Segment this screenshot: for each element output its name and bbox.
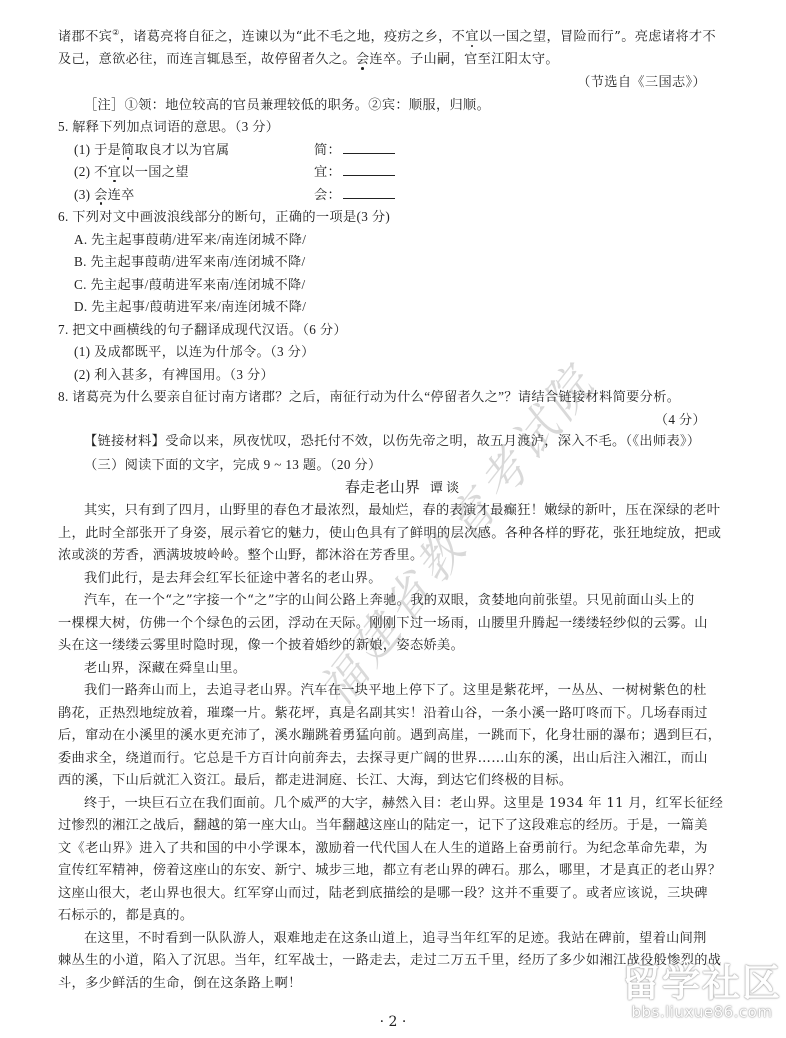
question-5-item-2: (2) 不宜以一国之望 宜： [58, 161, 706, 184]
item-text: 取良才以为官属 [135, 142, 230, 157]
question-6-option-d[interactable]: D. 先主起事/葭萌进军来/南连闭城不降/ [58, 296, 706, 319]
article-line: 我们一路奔山而上，去追寻老山界。汽车在一块平地上停下了。这里是紫花坪，一丛丛、一… [58, 680, 706, 703]
article-line: 石标示的，都是真的。 [58, 905, 706, 928]
article-line: 老山界，深藏在舜皇山里。 [58, 658, 706, 681]
passage-text: 诸郡不宾 [58, 29, 112, 44]
question-7-item-1: (1) 及成都既平，以连为什邡令。（3 分） [58, 341, 706, 364]
article-line: 后，窜动在小溪里的溪水更充沛了，溪水蹦跳着勇猛向前。遇到高崖，一跳而下，化身壮丽… [58, 725, 706, 748]
question-5-item-1: (1) 于是简取良才以为官属 简： [58, 139, 706, 162]
article-line: 浓或淡的芳香，洒满坡坡岭岭。整个山野，都沐浴在芳香里。 [58, 545, 706, 568]
article-line: 上，此时全部张开了身姿，展示着它的魅力，使山色具有了鲜明的层次感。各种各样的野花… [58, 523, 706, 546]
answer-blank[interactable] [343, 139, 395, 154]
passage-line-1: 诸郡不宾②，诸葛亮将自征之，连谏以为“此不毛之地，疫疠之乡，不宜以一国之望，冒险… [58, 22, 706, 49]
emphasis-dot-char: 简 [121, 142, 135, 157]
article-line: 鹃花，正热烈地绽放着，璀璨一片。紫花坪，真是名副其实！沿着山谷，一条小溪一路叮咚… [58, 703, 706, 726]
passage-text: 以一国之望，冒险而行”。亮虑诸将才不 [479, 29, 716, 44]
question-6-title: 6. 下列对文中画波浪线部分的断句，正确的一项是(3 分) [58, 206, 706, 229]
article-line: 西的溪，下山后就汇入资江。最后，都走进洞庭、长江、大海，到达它们终极的目标。 [58, 770, 706, 793]
emphasis-dot-char: 会 [356, 52, 370, 67]
item-text: 以一国之望 [121, 164, 189, 179]
question-6-option-c[interactable]: C. 先主起事/葭萌进军来南/连闭城不降/ [58, 274, 706, 297]
item-text: 连卒 [108, 187, 135, 202]
footnote-marker: ② [112, 28, 120, 37]
article-line: 文《老山界》进入了共和国的中小学课本，激励着一代代国人在人生的道路上奋勇前行。为… [58, 838, 706, 861]
question-6-option-b[interactable]: B. 先主起事葭萌/进军来南/连闭城不降/ [58, 251, 706, 274]
emphasis-dot-char: 会 [94, 187, 108, 202]
article-title: 春走老山界 [345, 480, 420, 496]
passage-text: 及己，意欲必往，而连言辄恳至，故停留者久之。 [58, 52, 356, 67]
passage-note: ［注］①领：地位较高的官员兼理较低的职务。②宾：顺服，归顺。 [58, 94, 706, 117]
item-text: (2) 不 [74, 164, 108, 179]
question-5-title: 5. 解释下列加点词语的意思。（3 分） [58, 116, 706, 139]
question-8-title: 8. 诸葛亮为什么要亲自征讨南方诸郡？之后，南征行动为什么“停留者久之”？请结合… [58, 386, 706, 409]
emphasis-dot-char: 宜 [108, 164, 122, 179]
article-line: 宣传红军精神，傍着这座山的东安、新宁、城步三地，都立有老山界的碑石。那么，哪里，… [58, 860, 706, 883]
article-author: 谭 谈 [430, 480, 459, 495]
answer-label: 会： [314, 187, 341, 202]
article-line: 委曲求全，绕道而行。它总是千方百计向前奔去，去探寻更广阔的世界……山东的溪，出山… [58, 748, 706, 771]
article-line: 其实，只有到了四月，山野里的春色才最浓烈，最灿烂，春的表演才最癫狂！嫩绿的新叶，… [58, 500, 706, 523]
article-title-row: 春走老山界谭 谈 [58, 476, 706, 500]
section-3-heading: （三）阅读下面的文字，完成 9 ~ 13 题。（20 分） [58, 454, 706, 477]
article-line: 棘丛生的小道，陷入了沉思。当年，红军战士，一路走去，走过二万五千里，经历了多少如… [58, 950, 706, 973]
answer-blank[interactable] [343, 161, 395, 176]
article-line: 斗，多少鲜活的生命，倒在这条路上啊！ [58, 973, 706, 996]
article-line: 这座山很大，老山界也很大。红军穿山而过，陆老到底描绘的是哪一段？这并不重要了。或… [58, 883, 706, 906]
passage-text: ，诸葛亮将自征之，连谏以为“此不毛之地，疫疠之乡，不 [120, 29, 466, 44]
question-7-title: 7. 把文中画横线的句子翻译成现代汉语。（6 分） [58, 319, 706, 342]
answer-label: 简： [314, 142, 341, 157]
article-line: 一棵棵大树，仿佛一个个绿色的云团，浮动在天际。刚刚下过一场雨，山腰里升腾起一缕缕… [58, 613, 706, 636]
question-7-item-2: (2) 利入甚多，有裨国用。（3 分） [58, 364, 706, 387]
article-line: 头在这一缕缕云雾里时隐时现，像一个披着婚纱的新娘，姿态娇美。 [58, 635, 706, 658]
question-5-item-3: (3) 会连卒 会： [58, 184, 706, 207]
answer-blank[interactable] [343, 184, 395, 199]
exam-page: 诸郡不宾②，诸葛亮将自征之，连谏以为“此不毛之地，疫疠之乡，不宜以一国之望，冒险… [58, 22, 706, 995]
passage-source: （节选自《三国志》） [58, 71, 706, 94]
article-body: 其实，只有到了四月，山野里的春色才最浓烈，最灿烂，春的表演才最癫狂！嫩绿的新叶，… [58, 500, 706, 995]
article-line: 我们此行，是去拜会红军长征途中著名的老山界。 [58, 568, 706, 591]
article-line: 汽车，在一个“之”字接一个“之”字的山间公路上奔驰。我的双眼，贪婪地向前张望。只… [58, 590, 706, 613]
link-material: 【链接材料】受命以来，夙夜忧叹，恐托付不效，以伤先帝之明，故五月渡泸，深入不毛。… [58, 431, 706, 454]
article-line: 过惨烈的湘江之战后，翻越的第一座大山。当年翻越这座山的陆定一，记下了这段难忘的经… [58, 815, 706, 838]
page-number: · 2 · [0, 1014, 786, 1030]
article-line: 在这里，不时看到一队队游人，艰难地走在这条山道上，追寻当年红军的足迹。我站在碑前… [58, 928, 706, 951]
emphasis-dot-char: 宜 [465, 29, 479, 44]
question-6-option-a[interactable]: A. 先主起事葭萌/进军来/南连闭城不降/ [58, 229, 706, 252]
passage-line-2: 及己，意欲必往，而连言辄恳至，故停留者久之。会连卒。子山嗣，官至江阳太守。 [58, 49, 706, 72]
item-text: (3) [74, 187, 94, 202]
passage-text: 连卒。子山嗣，官至江阳太守。 [369, 52, 559, 67]
question-8-score: （4 分） [58, 409, 706, 432]
answer-label: 宜： [314, 164, 341, 179]
article-line: 终于，一块巨石立在我们面前。几个威严的大字，赫然入目：老山界。这里是 1934 … [58, 793, 706, 816]
item-text: (1) 于是 [74, 142, 121, 157]
